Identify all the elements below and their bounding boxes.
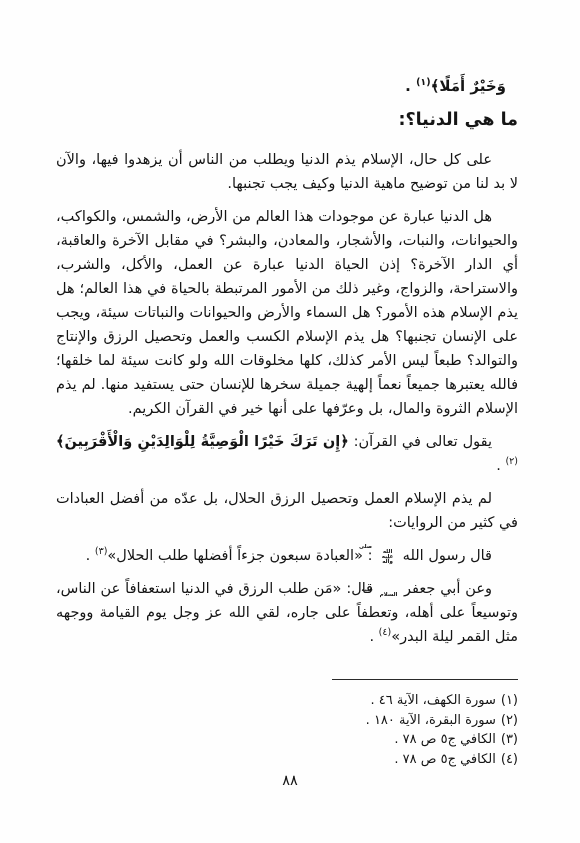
footnote-marker: (٤): [501, 752, 518, 767]
footnote-ref-1: (١): [416, 77, 431, 88]
hadith-terminal-period: .: [86, 548, 95, 564]
footnote-item: (١)سورة الكهف، الآية ٤٦ .: [56, 691, 518, 711]
paragraph-halal-rizq: لم يذم الإسلام العمل وتحصيل الرزق الحلال…: [56, 487, 518, 535]
hadith-terminal-period: .: [369, 629, 378, 645]
section-heading: ما هي الدنيا؟:: [56, 108, 518, 132]
quran-verse-inline: ﴿إِن تَرَكَ خَيْرًا الْوَصِيَّةُ لِلْوَا…: [56, 434, 349, 450]
paragraph-quran-quote: يقول تعالى في القرآن: ﴿إِن تَرَكَ خَيْرً…: [56, 430, 518, 478]
footnote-ref-2: (٢): [505, 456, 518, 467]
alayhis-salam-honorific-seal-icon: عليه السلام: [378, 588, 399, 598]
footnote-text: سورة الكهف، الآية ٤٦ .: [371, 693, 496, 708]
quote-lead-in: يقول تعالى في القرآن:: [349, 434, 492, 450]
paragraph-hadith-abu-jaafar: وعن أبي جعفر عليه السلام قال: «مَن طلب ا…: [56, 577, 518, 649]
footnote-separator: [332, 679, 518, 680]
footnote-marker: (٢): [501, 713, 518, 728]
hadith-narrator: وعن أبي جعفر: [399, 581, 492, 597]
footnote-ref-3: (٣): [95, 546, 108, 557]
quran-verse-continuation: وَخَيْرٌ أَمَلًا﴾(١) .: [56, 74, 518, 98]
footnote-marker: (٣): [501, 732, 518, 747]
footnotes-section: (١)سورة الكهف، الآية ٤٦ . (٢)سورة البقرة…: [56, 679, 518, 769]
footnote-text: الكافي ج٥ ص ٧٨ .: [394, 732, 496, 747]
hadith-text: : «العبادة سبعون جزءاً أفضلها طلب الحلال…: [107, 548, 377, 564]
footnote-ref-4: (٤): [379, 627, 392, 638]
paragraph-what-is-dunya: هل الدنيا عبارة عن موجودات هذا العالم من…: [56, 205, 518, 421]
footnote-item: (٤)الكافي ج٥ ص ٧٨ .: [56, 750, 518, 770]
footnote-item: (٢)سورة البقرة، الآية ١٨٠ .: [56, 711, 518, 731]
verse-terminal-period: .: [405, 77, 416, 95]
hadith-narrator: قال رسول الله: [398, 548, 492, 564]
paragraph-hadith-prophet: قال رسول الله صلى الله عليه وآله : «العب…: [56, 544, 518, 568]
page-number: ٨٨: [0, 773, 580, 789]
book-page: وَخَيْرٌ أَمَلًا﴾(١) . ما هي الدنيا؟: عل…: [0, 0, 580, 843]
footnote-text: الكافي ج٥ ص ٧٨ .: [394, 752, 496, 767]
prophet-honorific-seal-icon: صلى الله عليه وآله: [377, 545, 398, 565]
paragraph-intro: على كل حال، الإسلام يذم الدنيا ويطلب من …: [56, 148, 518, 196]
footnote-text: سورة البقرة، الآية ١٨٠ .: [366, 713, 496, 728]
footnote-item: (٣)الكافي ج٥ ص ٧٨ .: [56, 730, 518, 750]
footnote-marker: (١): [501, 693, 518, 708]
quran-verse-continuation-text: وَخَيْرٌ أَمَلًا﴾: [431, 77, 506, 95]
